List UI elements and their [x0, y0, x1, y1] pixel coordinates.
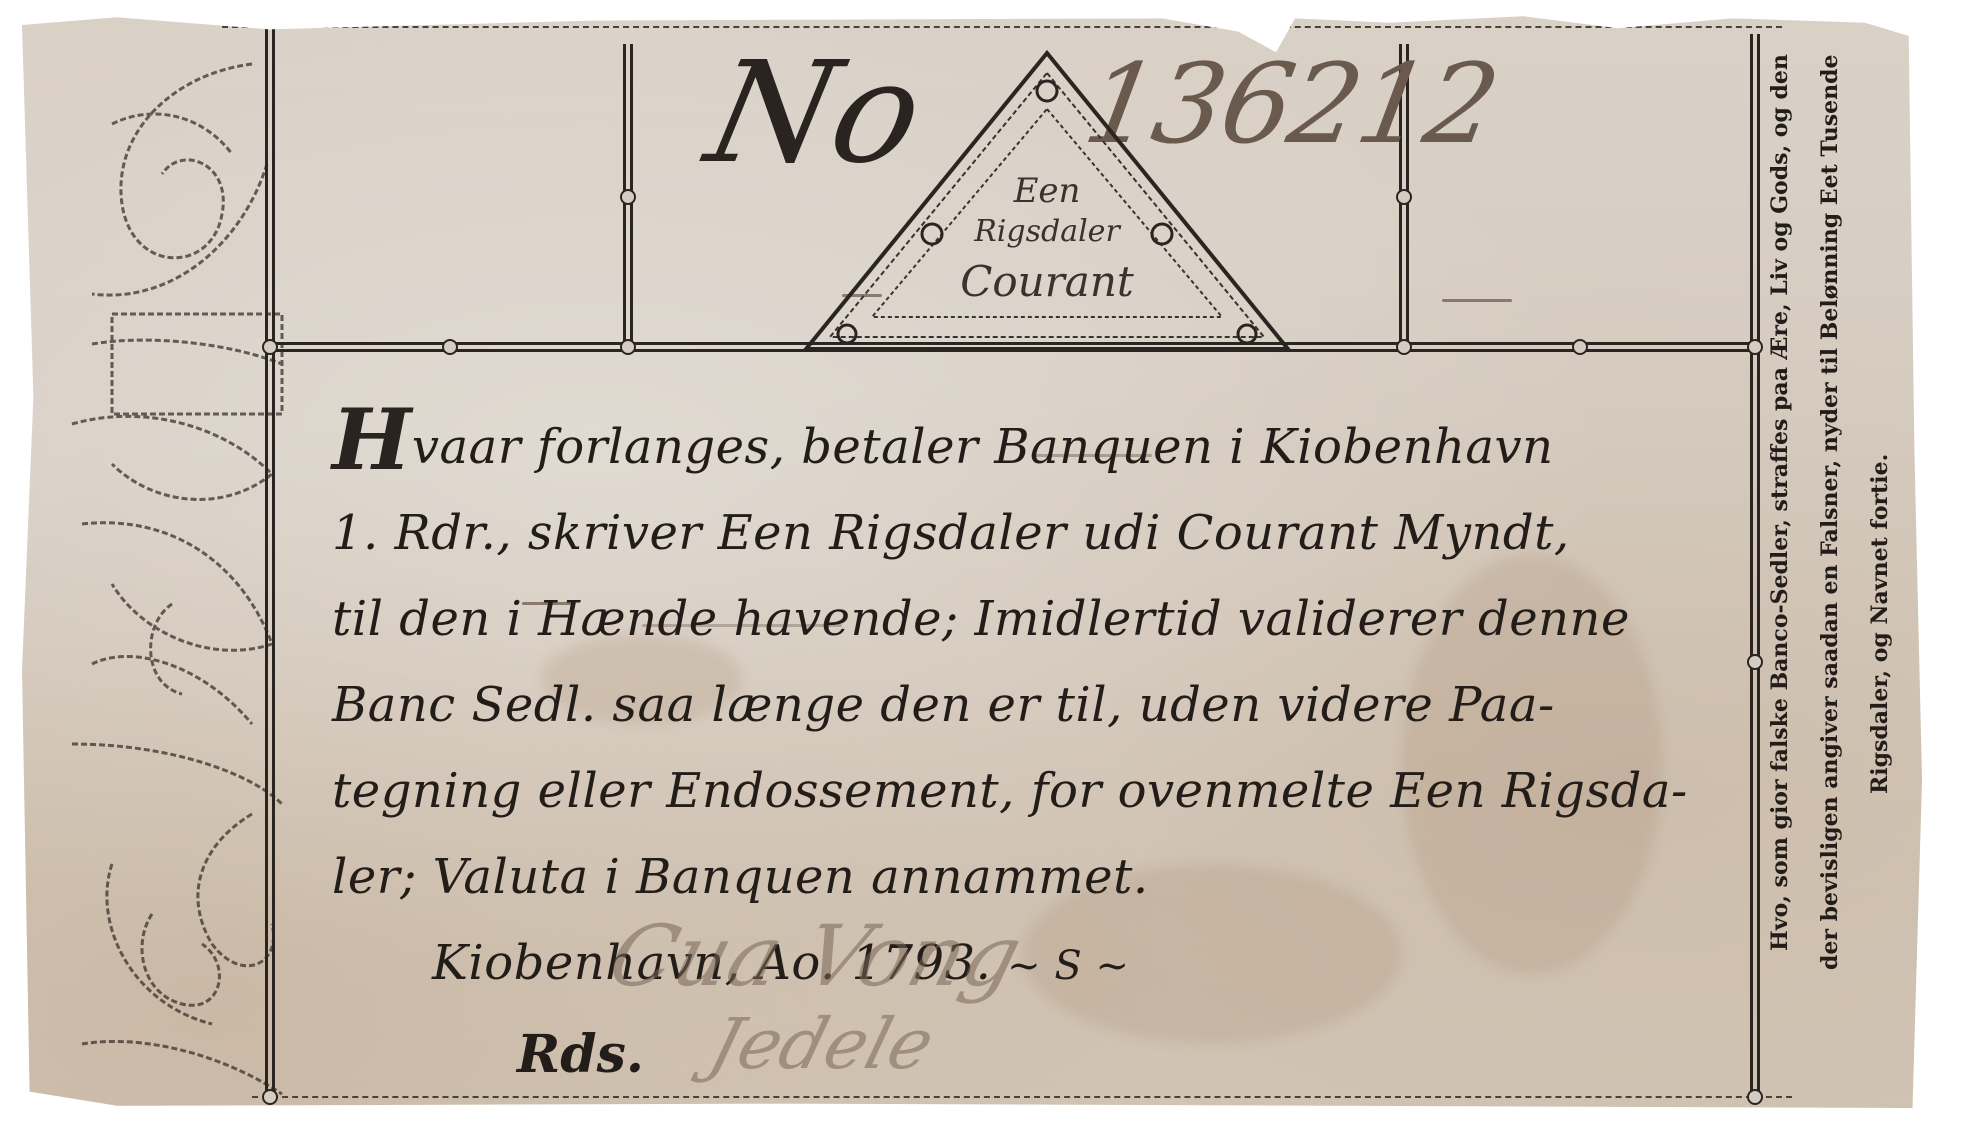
- side-notice-line-1: Hvo, som gior falske Banco-Sedler, straf…: [1767, 54, 1811, 1084]
- place-date: Kiobenhavn, Ao. 1793. ~ S ~: [332, 920, 1762, 1009]
- frame-top-line: [222, 26, 1782, 28]
- body-line-1: Hvaar forlanges, betaler Banquen i Kiobe…: [332, 404, 1762, 490]
- triangle-text-een: Een: [802, 171, 1292, 211]
- handwritten-signature-2: Jedele: [703, 1009, 941, 1079]
- side-notice-line-3: Rigsdaler, og Navnet fortie.: [1867, 454, 1911, 1084]
- frame-knot: [1747, 1089, 1763, 1105]
- flourish-icon: ~ S ~: [1007, 943, 1129, 989]
- promissory-text: Hvaar forlanges, betaler Banquen i Kiobe…: [332, 404, 1762, 1009]
- body-line-4: Banc Sedl. saa længe den er til, uden vi…: [332, 662, 1762, 748]
- frame-knot: [442, 339, 458, 355]
- denomination-triangle: Een Rigsdaler Courant: [802, 49, 1292, 354]
- triangle-text-courant: Courant: [802, 257, 1292, 306]
- body-line-3: til den i Hænde havende; Imidlertid vali…: [332, 576, 1762, 662]
- frame-knot: [620, 339, 636, 355]
- frame-knot: [1396, 339, 1412, 355]
- dropcap: H: [332, 390, 412, 489]
- frame-knot: [262, 1089, 278, 1105]
- frame-knot: [262, 339, 278, 355]
- frame-knot: [1747, 339, 1763, 355]
- handwritten-signature-1: Cua Vong: [601, 914, 1030, 998]
- body-line-2: 1. Rdr., skriver Een Rigsdaler udi Coura…: [332, 490, 1762, 576]
- side-notice-line-2: der bevisligen angiver saadan en Falsner…: [1817, 54, 1861, 1084]
- body-line-6: ler; Valuta i Banquen annammet.: [332, 834, 1762, 920]
- crease: [1442, 299, 1512, 302]
- frame-knot: [620, 189, 636, 205]
- frame-bottom-line: [252, 1096, 1792, 1098]
- frame-left-line: [265, 26, 275, 1096]
- triangle-text-rigsdaler: Rigsdaler: [802, 214, 1292, 249]
- scrollwork-ornament-icon: [52, 44, 292, 1104]
- frame-knot: [1572, 339, 1588, 355]
- banknote-paper: No 136212 Een Rigsdaler Courant Hvaar fo…: [22, 14, 1922, 1108]
- frame-knot: [1396, 189, 1412, 205]
- body-line-5: tegning eller Endossement, for ovenmelte…: [332, 748, 1762, 834]
- printed-signature-mark: Rds.: [517, 1024, 644, 1085]
